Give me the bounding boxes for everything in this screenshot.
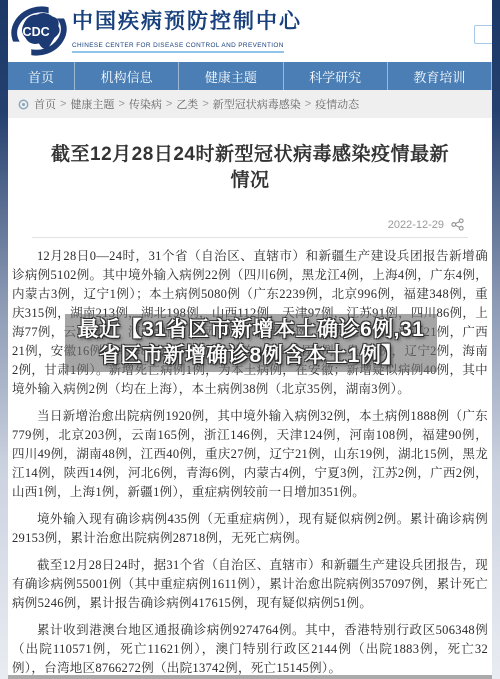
paragraph-totals: 截至12月28日24时，据31个省（自治区、直辖市）和新疆生产建设兵团报告，现有… bbox=[12, 556, 488, 613]
breadcrumb-covid[interactable]: 新型冠状病毒感染 bbox=[213, 96, 301, 112]
breadcrumb: 首页 > 健康主题 > 传染病 > 乙类 > 新型冠状病毒感染 > 疫情动态 bbox=[8, 90, 492, 118]
bottom-divider-bar bbox=[8, 675, 492, 679]
breadcrumb-separator: > bbox=[305, 98, 311, 110]
org-name-en: CHINESE CENTER FOR DISEASE CONTROL AND P… bbox=[72, 42, 284, 53]
breadcrumb-separator: > bbox=[166, 98, 172, 110]
nav-item-education[interactable]: 教育培训 bbox=[388, 62, 492, 90]
breadcrumb-infectious-disease[interactable]: 传染病 bbox=[129, 96, 162, 112]
publish-date: 2022-12-29 bbox=[388, 219, 444, 231]
breadcrumb-separator: > bbox=[202, 98, 208, 110]
content-area: CDC 中国疾病预防控制中心 CHINESE CENTER FOR DISEAS… bbox=[8, 0, 492, 679]
breadcrumb-separator: > bbox=[60, 98, 66, 110]
breadcrumb-separator: > bbox=[118, 98, 124, 110]
nav-item-org-info[interactable]: 机构信息 bbox=[75, 62, 179, 90]
breadcrumb-epidemic-updates[interactable]: 疫情动态 bbox=[315, 96, 359, 112]
org-name-cn: 中国疾病预防控制中心 bbox=[72, 10, 302, 34]
paragraph-imported: 境外输入现有确诊病例435例（无重症病例），现有疑似病例2例。累计确诊病例291… bbox=[12, 510, 488, 548]
brand-block: 中国疾病预防控制中心 CHINESE CENTER FOR DISEASE CO… bbox=[72, 10, 302, 53]
paragraph-recovered: 当日新增治愈出院病例1920例，其中境外输入病例32例，本土病例1888例（广东… bbox=[12, 407, 488, 502]
caption-overlay: 最近【31省区市新增本土确诊6例,31 省区市新增确诊8例含本土1例】 bbox=[65, 314, 437, 372]
title-divider bbox=[32, 237, 468, 238]
cdc-logo-icon[interactable]: CDC bbox=[10, 3, 68, 59]
nav-item-health-topics[interactable]: 健康主题 bbox=[179, 62, 283, 90]
article-title: 截至12月28日24时新型冠状病毒感染疫情最新情况 bbox=[50, 142, 450, 194]
search-input[interactable] bbox=[474, 25, 492, 44]
location-pin-icon bbox=[18, 99, 29, 110]
caption-line-2: 省区市新增确诊8例含本土1例】 bbox=[67, 343, 435, 369]
paragraph-hk-macao-taiwan: 累计收到港澳台地区通报确诊病例9274764例。其中，香港特别行政区506348… bbox=[12, 621, 488, 678]
breadcrumb-home[interactable]: 首页 bbox=[34, 96, 56, 112]
page-frame: CDC 中国疾病预防控制中心 CHINESE CENTER FOR DISEAS… bbox=[0, 0, 500, 679]
breadcrumb-class-b[interactable]: 乙类 bbox=[176, 96, 198, 112]
main-nav: 首页 机构信息 健康主题 科学研究 教育培训 bbox=[8, 62, 492, 90]
site-header: CDC 中国疾病预防控制中心 CHINESE CENTER FOR DISEAS… bbox=[8, 0, 492, 62]
article: 截至12月28日24时新型冠状病毒感染疫情最新情况 2022-12-29 12月… bbox=[8, 142, 492, 678]
share-icon[interactable] bbox=[451, 218, 464, 231]
article-meta: 2022-12-29 bbox=[36, 218, 464, 231]
nav-item-home[interactable]: 首页 bbox=[8, 62, 75, 90]
svg-text:CDC: CDC bbox=[23, 25, 50, 39]
caption-line-1: 最近【31省区市新增本土确诊6例,31 bbox=[67, 317, 435, 343]
nav-item-research[interactable]: 科学研究 bbox=[284, 62, 388, 90]
breadcrumb-health-topics[interactable]: 健康主题 bbox=[70, 96, 114, 112]
